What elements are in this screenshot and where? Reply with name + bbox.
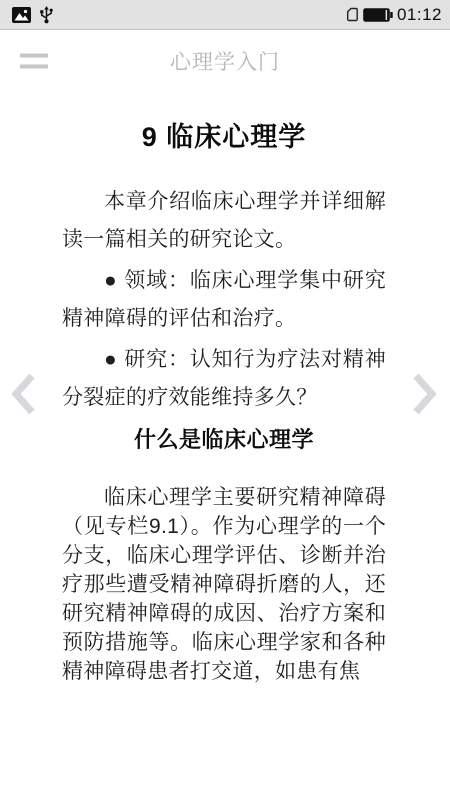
reader-page: 9 临床心理学 本章介绍临床心理学并详细解读一篇相关的研究论文。 ● 领域：临床…	[0, 119, 450, 686]
usb-icon	[39, 6, 54, 24]
body-paragraph: 临床心理学主要研究精神障碍（见专栏9.1）。作为心理学的一个分支，临床心理学评估…	[62, 483, 386, 686]
prev-page-button[interactable]	[8, 372, 38, 416]
status-time: 01:12	[397, 5, 442, 25]
status-bar-right: 01:12	[346, 5, 442, 25]
bullet-item-research: ● 研究：认知行为疗法对精神分裂症的疗效能维持多久？	[62, 341, 386, 417]
sim-card-icon	[346, 7, 359, 22]
book-title: 心理学入门	[0, 46, 450, 76]
image-icon	[12, 7, 31, 23]
intro-paragraph: 本章介绍临床心理学并详细解读一篇相关的研究论文。	[62, 183, 386, 259]
phone-screen: 01:12 心理学入门 9 临床心理学 本章介绍临床心理学并详细解读一篇相关的研…	[0, 0, 450, 800]
section-title: 什么是临床心理学	[62, 425, 386, 455]
chevron-left-icon	[9, 404, 37, 419]
app-header: 心理学入门	[0, 30, 450, 92]
bullet-item-domain: ● 领域：临床心理学集中研究精神障碍的评估和治疗。	[62, 262, 386, 338]
chapter-title: 9 临床心理学	[62, 119, 386, 155]
next-page-button[interactable]	[410, 372, 440, 416]
chevron-right-icon	[411, 404, 439, 419]
status-bar: 01:12	[0, 0, 450, 30]
battery-icon	[363, 8, 393, 22]
status-bar-left	[12, 6, 54, 24]
